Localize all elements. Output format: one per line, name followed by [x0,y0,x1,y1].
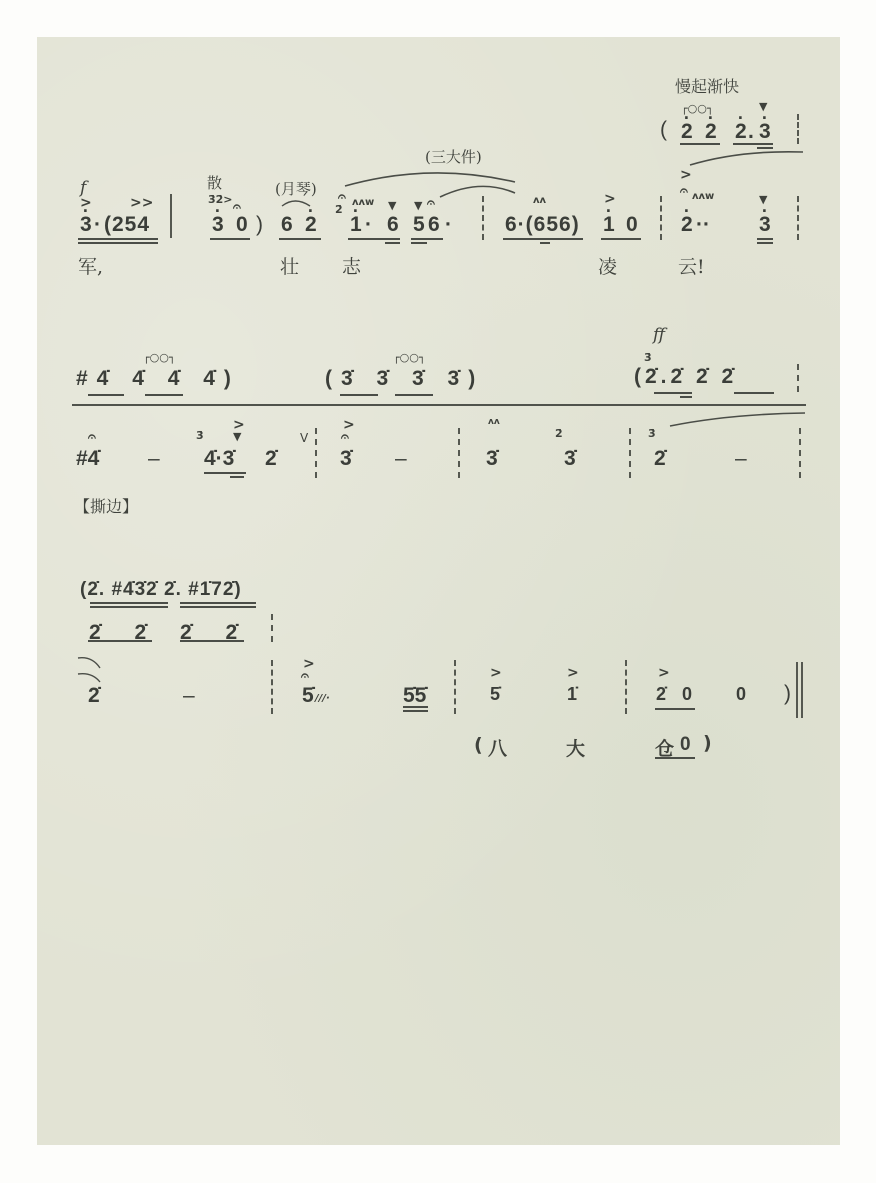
note: 0 [682,685,692,703]
note: 0 [736,685,746,703]
percussion-syllable: 大 [566,734,585,761]
barline [454,660,456,714]
fermata-icon: 𝄐 [301,669,309,683]
underline [403,710,428,712]
percussion-open-paren: ( [474,734,483,756]
accent-icon: > [490,666,502,680]
slur-arcs [0,0,876,800]
percussion-close-paren: ) [703,732,712,754]
final-barline-thick [801,662,803,718]
note-group: 5̇5̇ [403,685,426,706]
underline [403,706,428,708]
barline [271,660,273,714]
percussion-syllable: 八 [488,734,507,761]
note: 1̇ [567,685,577,703]
note: 2̇ [88,685,100,706]
close-paren: ) [784,683,791,704]
note: 2̇ [656,685,666,703]
accent-icon: > [658,666,670,680]
underline [655,708,695,710]
accent-icon: > [567,666,579,680]
percussion-rest: 0 [680,734,691,756]
dash: – [183,685,195,706]
barline [625,660,627,714]
tremolo-icon: ///· [315,694,330,704]
note: 5̇ [302,685,314,706]
final-barline-thin [796,662,798,718]
note: 5̇ [490,685,500,703]
underline [655,757,695,759]
